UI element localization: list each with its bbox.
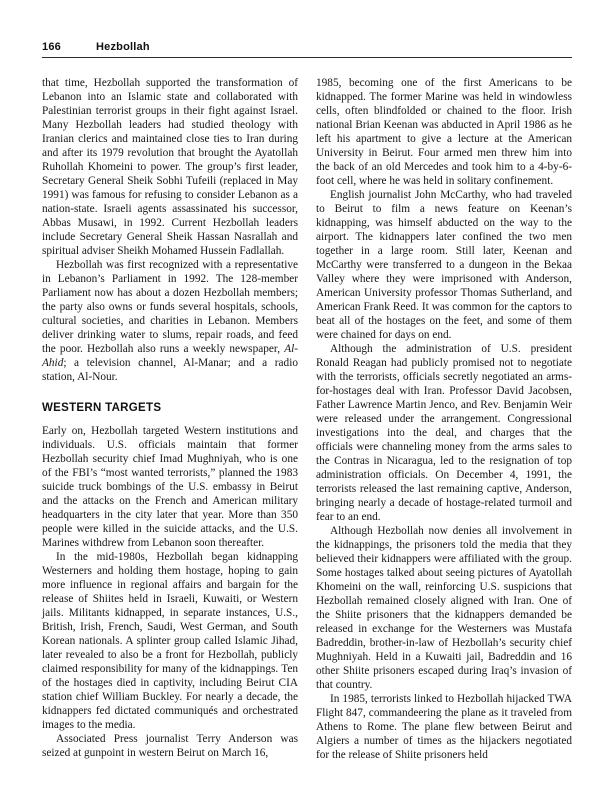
running-head-title: Hezbollah bbox=[96, 41, 150, 53]
left-column: that time, Hezbollah supported the trans… bbox=[42, 76, 298, 760]
body-paragraph: English journalist John McCarthy, who ha… bbox=[316, 188, 572, 342]
body-paragraph: that time, Hezbollah supported the trans… bbox=[42, 76, 298, 258]
running-header: 166 Hezbollah bbox=[42, 41, 572, 58]
body-paragraph: Although Hezbollah now denies all involv… bbox=[316, 524, 572, 692]
body-paragraph: Although the administration of U.S. pres… bbox=[316, 342, 572, 524]
page-number: 166 bbox=[42, 41, 96, 53]
right-column: 1985, becoming one of the first American… bbox=[316, 76, 572, 762]
paragraph-text: ; a television channel, Al-Manar; and a … bbox=[42, 357, 298, 383]
body-paragraph: 1985, becoming one of the first American… bbox=[316, 76, 572, 188]
body-paragraph: Early on, Hezbollah targeted Western ins… bbox=[42, 424, 298, 550]
paragraph-text: Hezbollah was first recognized with a re… bbox=[42, 259, 298, 355]
body-paragraph: In the mid-1980s, Hezbollah began kidnap… bbox=[42, 550, 298, 732]
body-paragraph: Hezbollah was first recognized with a re… bbox=[42, 258, 298, 384]
book-page: 166 Hezbollah that time, Hezbollah suppo… bbox=[0, 0, 614, 800]
body-paragraph: In 1985, terrorists linked to Hezbollah … bbox=[316, 692, 572, 762]
body-paragraph: Associated Press journalist Terry Anders… bbox=[42, 732, 298, 760]
section-heading: WESTERN TARGETS bbox=[42, 401, 298, 415]
